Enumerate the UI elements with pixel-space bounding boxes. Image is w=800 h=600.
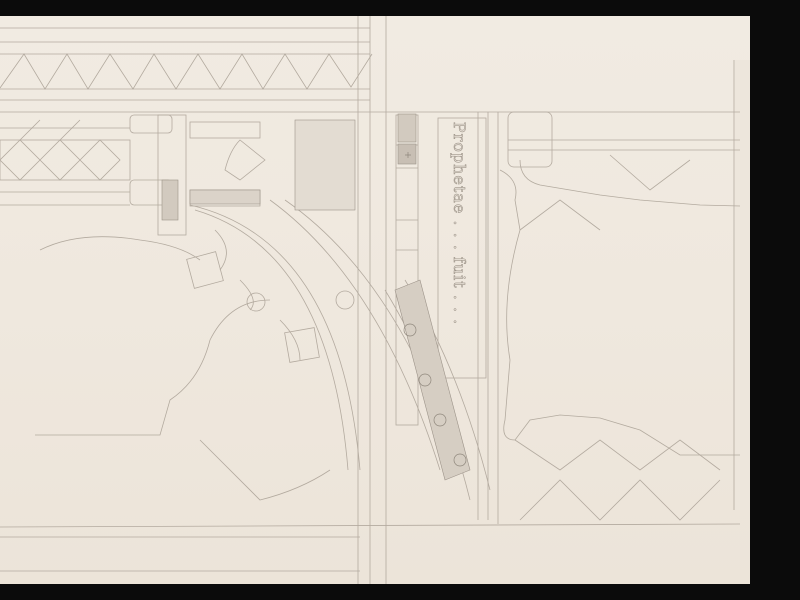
gothic-inscription: Prophetae . . . fuit . . . xyxy=(448,118,472,328)
collection-stamp xyxy=(729,570,737,584)
inscription-text: Prophetae . . . fuit . . . xyxy=(451,121,470,324)
architectural-drawing xyxy=(0,0,800,600)
